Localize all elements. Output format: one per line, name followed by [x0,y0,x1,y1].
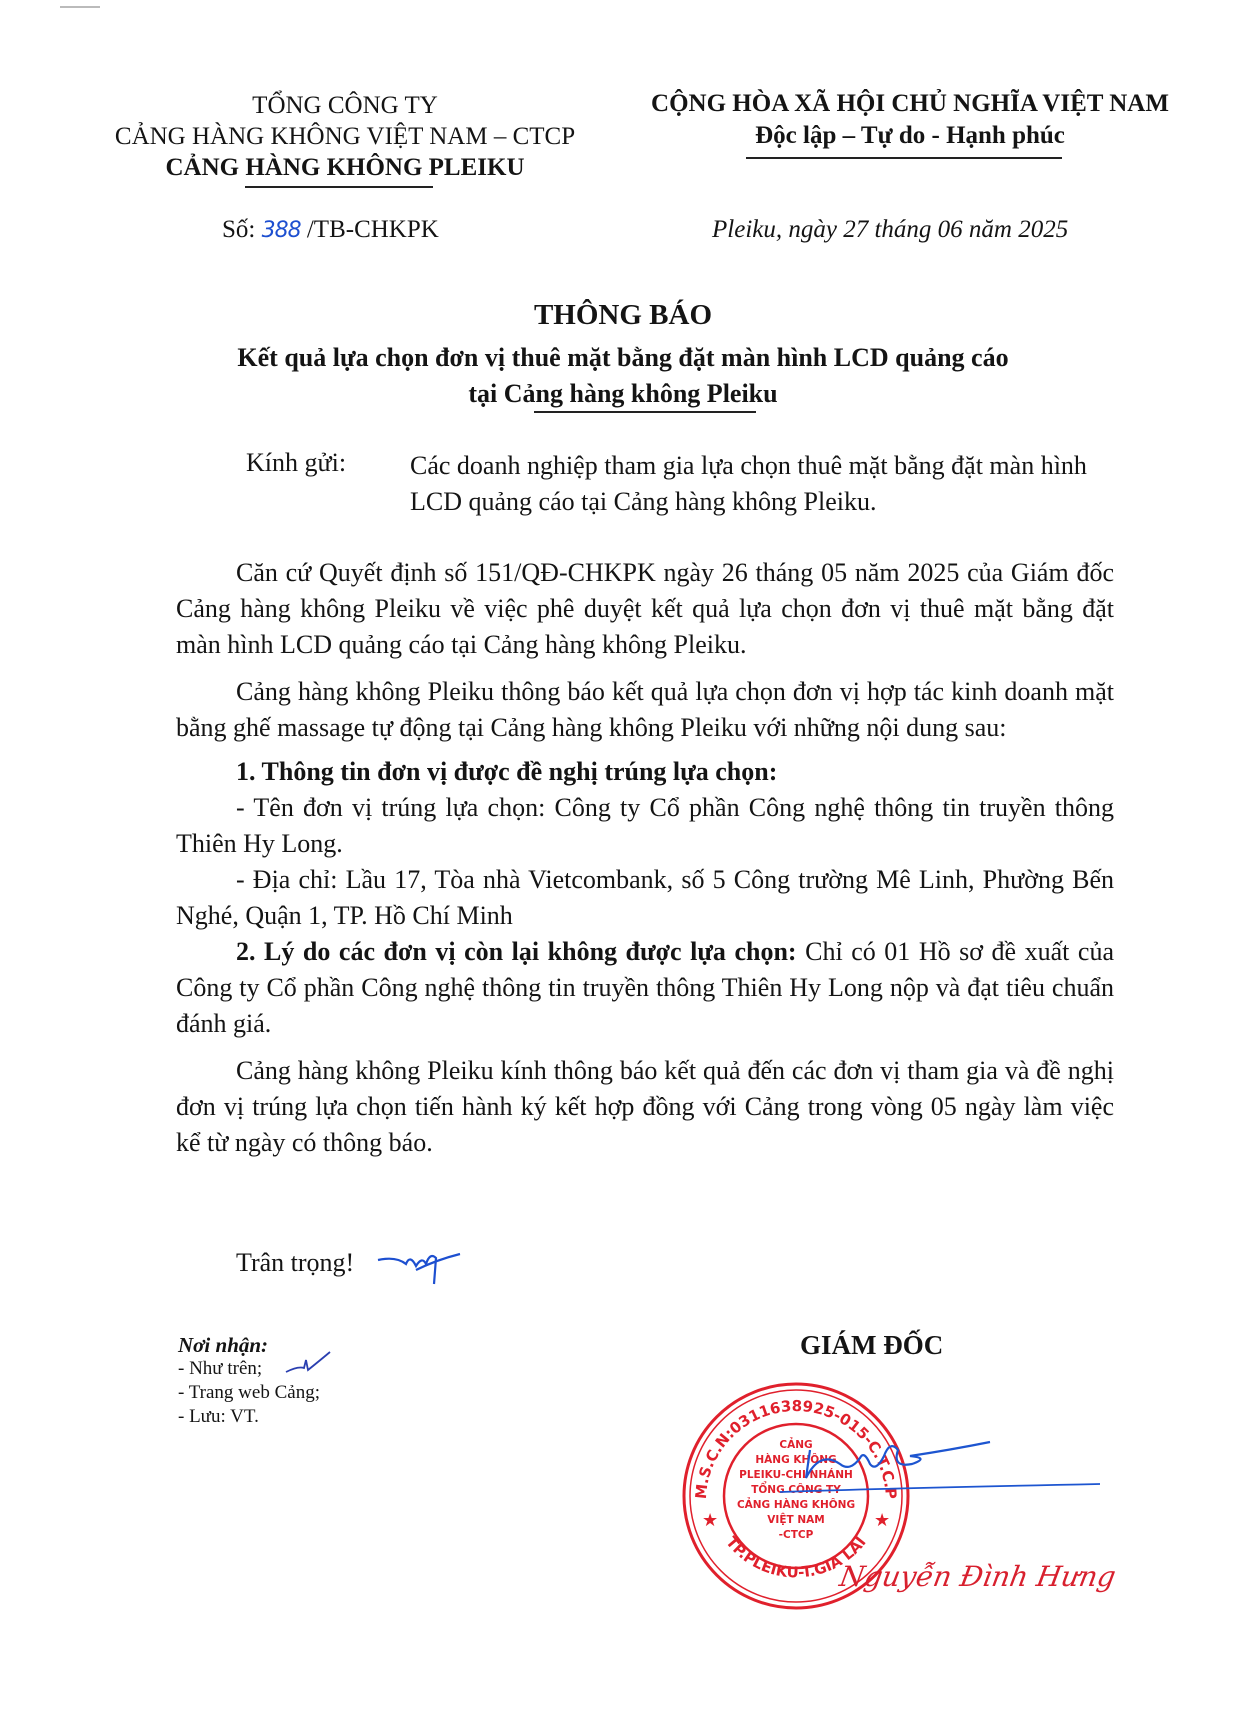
distribution-item: - Trang web Cảng; [178,1381,320,1405]
section2: 2. Lý do các đơn vị còn lại không được l… [176,934,1114,1042]
signer-name: Nguyễn Đình Hưng [837,1560,1118,1593]
recipient-text: Các doanh nghiệp tham gia lựa chọn thuê … [410,448,1090,520]
section1-winner-address: - Địa chỉ: Lầu 17, Tòa nhà Vietcombank, … [176,862,1114,934]
document-body: Căn cứ Quyết định số 151/QĐ-CHKPK ngày 2… [176,555,1114,1161]
distribution-item: - Lưu: VT. [178,1405,320,1429]
motto-underline [746,157,1062,159]
section1-heading: 1. Thông tin đơn vị được đề nghị trúng l… [176,754,1114,790]
svg-text:-CTCP: -CTCP [779,1529,814,1541]
document-number: Số: 388 /TB-CHKPK [222,216,439,244]
paragraph-legal-basis: Căn cứ Quyết định số 151/QĐ-CHKPK ngày 2… [176,555,1114,663]
initial-signature-mark [376,1248,466,1288]
paragraph-announcement: Cảng hàng không Pleiku thông báo kết quả… [176,674,1114,746]
issuing-organization: TỔNG CÔNG TY CẢNG HÀNG KHÔNG VIỆT NAM – … [60,90,630,183]
initial-mark-small [284,1348,334,1378]
republic-title: CỘNG HÒA XÃ HỘI CHỦ NGHĨA VIỆT NAM [600,88,1220,120]
document-subtitle: Kết quả lựa chọn đơn vị thuê mặt bằng đặ… [0,340,1246,412]
scan-artifact [60,6,100,8]
recipient-label: Kính gửi: [246,448,346,478]
section2-heading: 2. Lý do các đơn vị còn lại không được l… [236,937,797,966]
svg-text:VIỆT NAM: VIỆT NAM [767,1513,824,1526]
signer-title: GIÁM ĐỐC [800,1330,943,1361]
director-signature [780,1420,1100,1510]
subtitle-underline [534,411,756,413]
national-motto: CỘNG HÒA XÃ HỘI CHỦ NGHĨA VIỆT NAM Độc l… [600,88,1220,152]
org-parent-line1: TỔNG CÔNG TY [60,90,630,121]
motto: Độc lập – Tự do - Hạnh phúc [600,120,1220,152]
date-line: Pleiku, ngày 27 tháng 06 năm 2025 [712,216,1068,244]
org-parent-line2: CẢNG HÀNG KHÔNG VIỆT NAM – CTCP [60,121,630,152]
handwritten-number: 388 [262,218,301,243]
closing-greeting: Trân trọng! [236,1248,354,1278]
document-title: THÔNG BÁO [0,299,1246,332]
org-underline [245,186,433,188]
section1-winner-name: - Tên đơn vị trúng lựa chọn: Công ty Cổ … [176,790,1114,862]
org-name: CẢNG HÀNG KHÔNG PLEIKU [60,152,630,183]
svg-text:★: ★ [702,1510,718,1531]
paragraph-conclusion: Cảng hàng không Pleiku kính thông báo kế… [176,1053,1114,1161]
svg-text:★: ★ [874,1510,890,1531]
